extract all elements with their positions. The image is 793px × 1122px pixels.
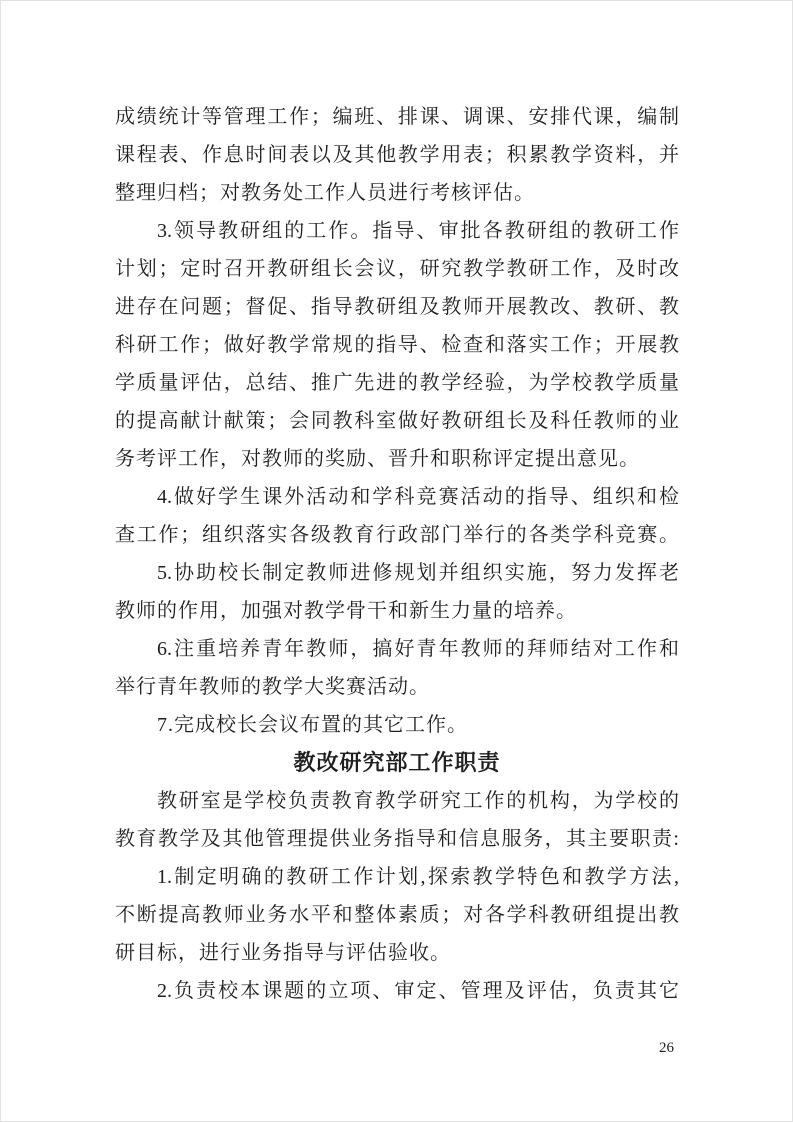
document-line: 3.领导教研组的工作。指导、审批各教研组的教研工作: [115, 212, 679, 250]
document-line: 7.完成校长会议布置的其它工作。: [115, 706, 679, 744]
document-line: 科研工作；做好教学常规的指导、检查和落实工作；开展教: [115, 326, 679, 364]
document-line: 课程表、作息时间表以及其他教学用表；积累教学资料，并: [115, 136, 679, 174]
document-line: 4.做好学生课外活动和学科竞赛活动的指导、组织和检: [115, 478, 679, 516]
document-page: 成绩统计等管理工作；编班、排课、调课、安排代课，编制 课程表、作息时间表以及其他…: [0, 0, 793, 1122]
document-line: 查工作；组织落实各级教育行政部门举行的各类学科竞赛。: [115, 516, 679, 554]
section-heading: 教改研究部工作职责: [115, 744, 679, 782]
document-line: 举行青年教师的教学大奖赛活动。: [115, 668, 679, 706]
document-line: 教育教学及其他管理提供业务指导和信息服务，其主要职责:: [115, 820, 679, 858]
document-line: 进存在问题；督促、指导教研组及教师开展教改、教研、教: [115, 288, 679, 326]
document-line: 计划；定时召开教研组长会议，研究教学教研工作，及时改: [115, 250, 679, 288]
document-body: 成绩统计等管理工作；编班、排课、调课、安排代课，编制 课程表、作息时间表以及其他…: [115, 98, 679, 1010]
document-line: 的提高献计献策；会同教科室做好教研组长及科任教师的业: [115, 402, 679, 440]
document-line: 教师的作用，加强对教学骨干和新生力量的培养。: [115, 592, 679, 630]
document-line: 研目标，进行业务指导与评估验收。: [115, 934, 679, 972]
document-line: 学质量评估，总结、推广先进的教学经验，为学校教学质量: [115, 364, 679, 402]
document-line: 务考评工作，对教师的奖励、晋升和职称评定提出意见。: [115, 440, 679, 478]
document-line: 2.负责校本课题的立项、审定、管理及评估，负责其它: [115, 972, 679, 1010]
document-line: 整理归档；对教务处工作人员进行考核评估。: [115, 174, 679, 212]
document-line: 1.制定明确的教研工作计划,探索教学特色和教学方法,: [115, 858, 679, 896]
page-number: 26: [659, 1039, 674, 1057]
document-line: 教研室是学校负责教育教学研究工作的机构，为学校的: [115, 782, 679, 820]
document-line: 6.注重培养青年教师，搞好青年教师的拜师结对工作和: [115, 630, 679, 668]
document-line: 5.协助校长制定教师进修规划并组织实施，努力发挥老: [115, 554, 679, 592]
document-line: 不断提高教师业务水平和整体素质；对各学科教研组提出教: [115, 896, 679, 934]
document-line: 成绩统计等管理工作；编班、排课、调课、安排代课，编制: [115, 98, 679, 136]
